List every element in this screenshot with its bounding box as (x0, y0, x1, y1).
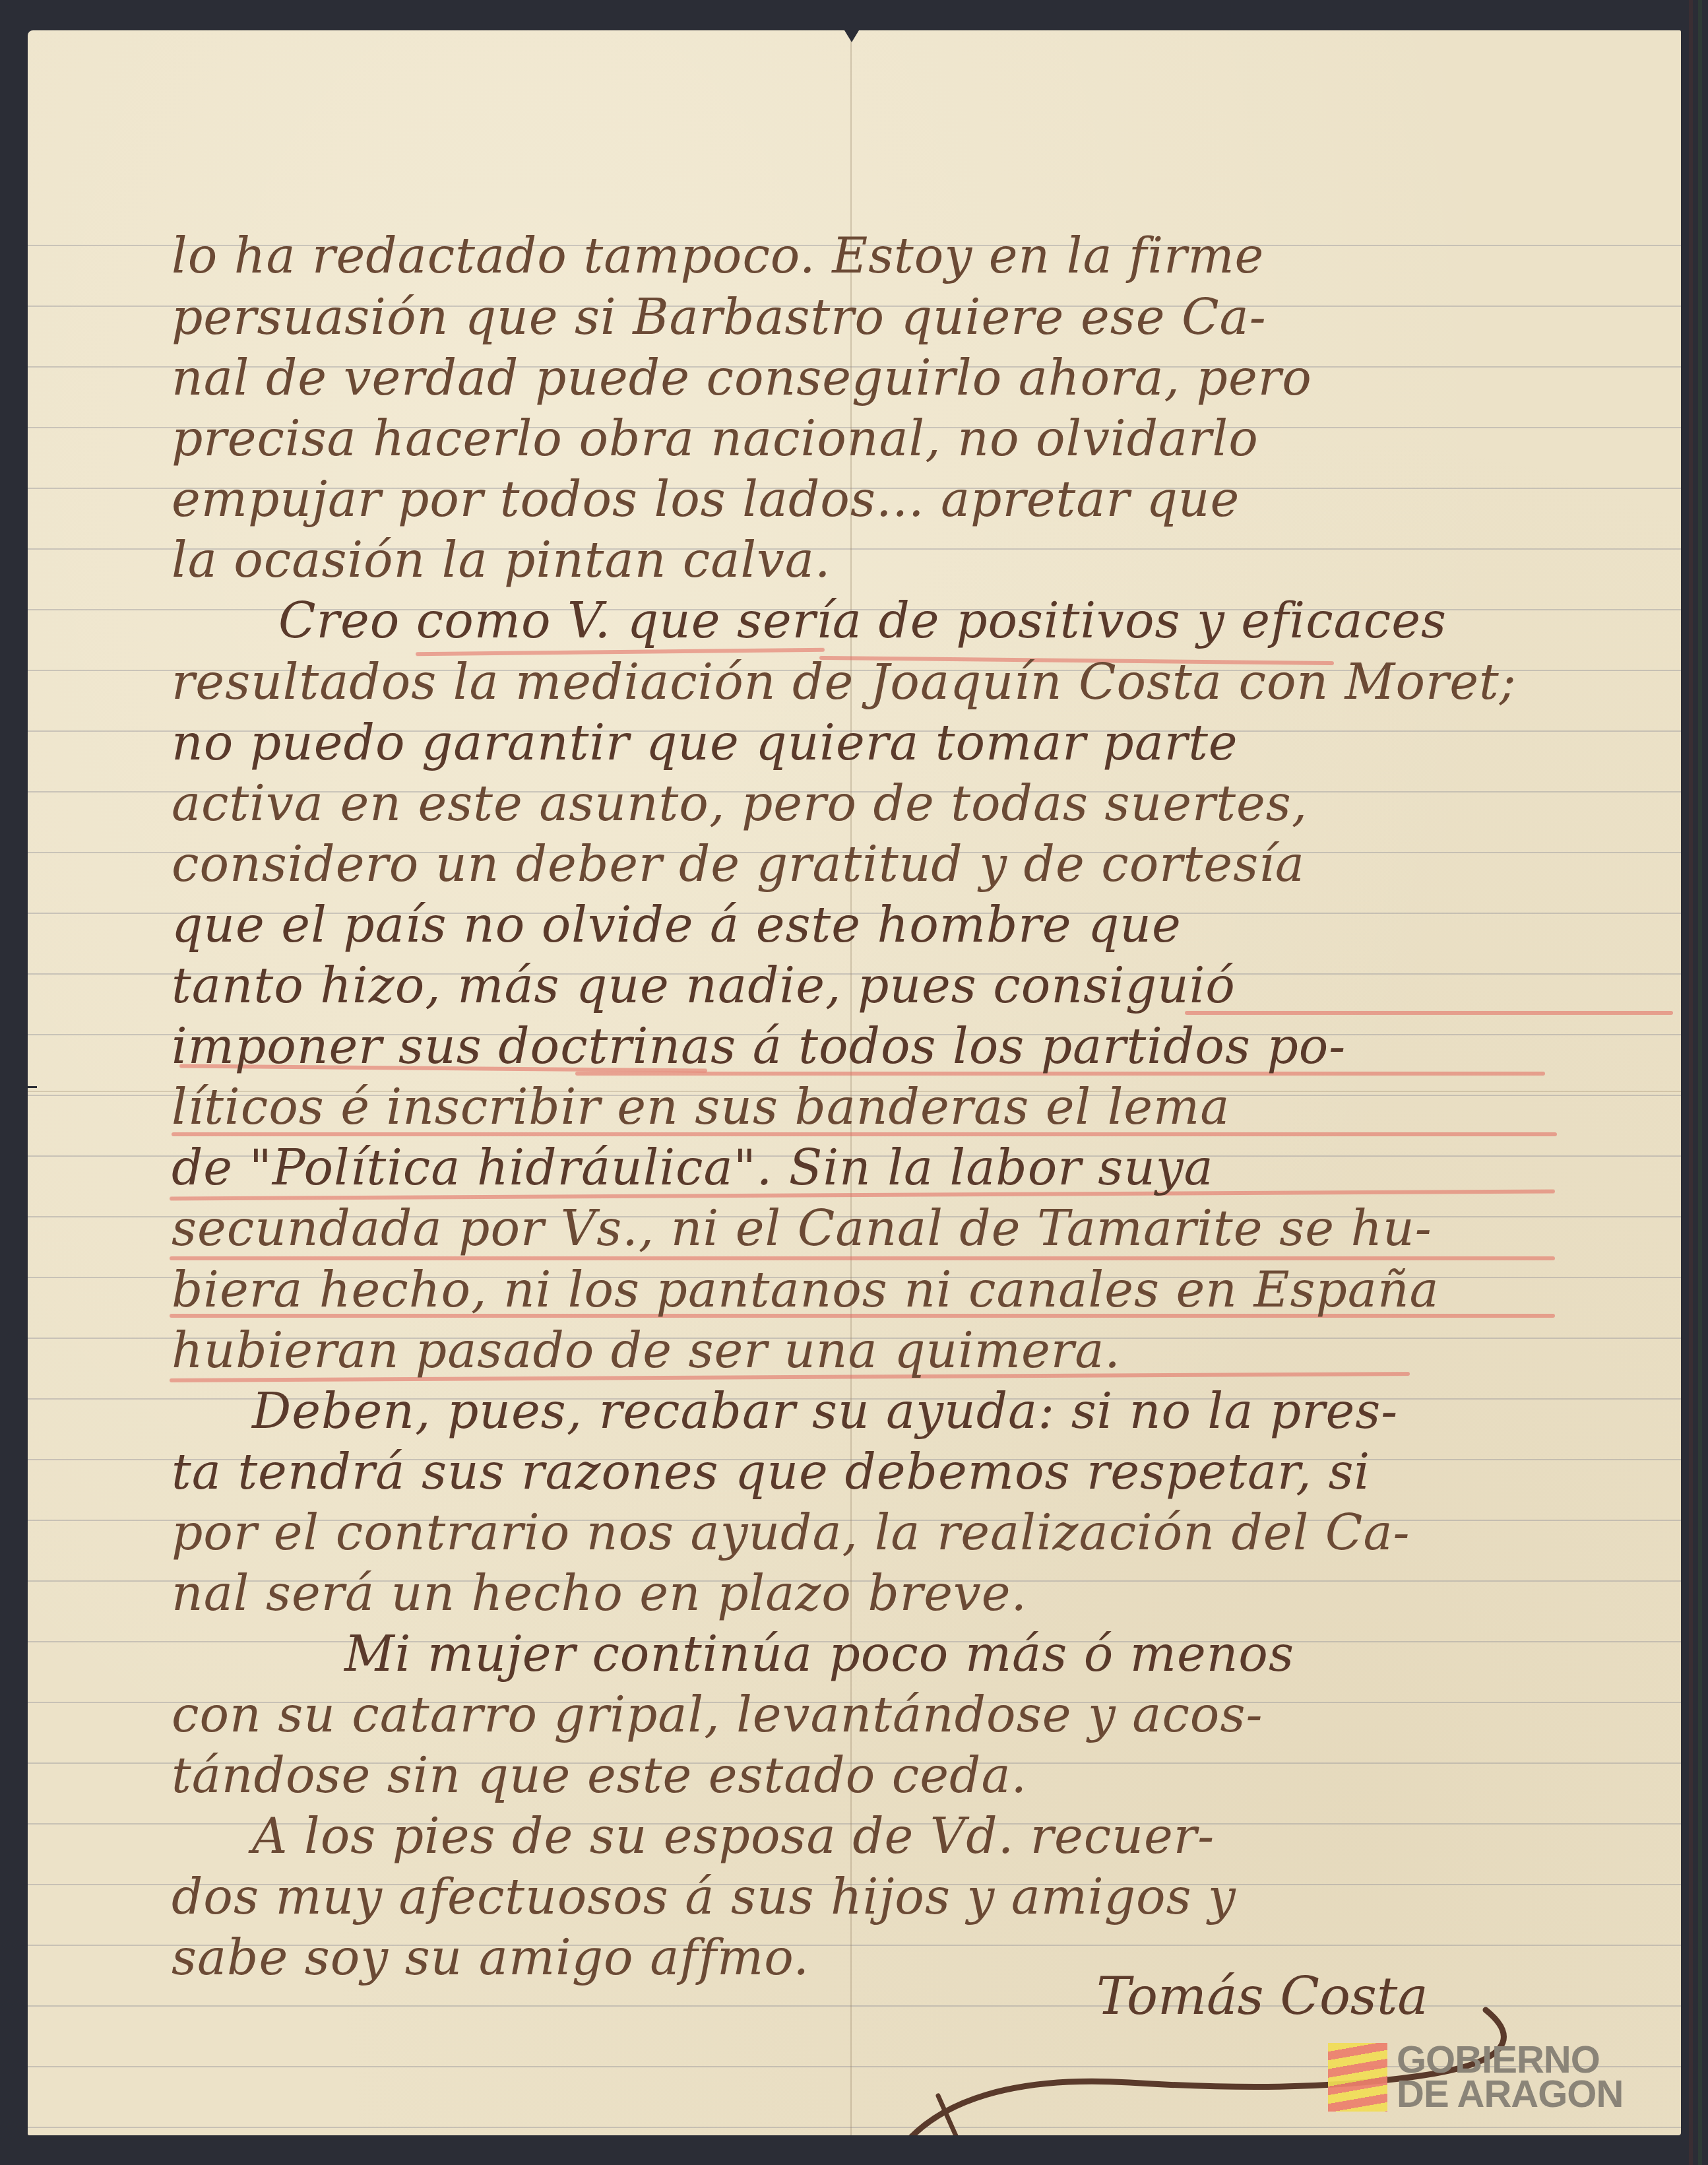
letter-line: dos muy afectuosos á sus hijos y amigos … (172, 1873, 1236, 1922)
backdrop-edge (1689, 0, 1693, 2165)
letter-line: líticos é inscribir en sus banderas el l… (172, 1083, 1230, 1132)
logo-text: GOBIERNO DE ARAGON (1397, 2043, 1623, 2112)
letter-line: activa en este asunto, pero de todas sue… (172, 779, 1308, 828)
letter-line: que el país no olvide á este hombre que (172, 901, 1182, 950)
letter-line: persuasión que si Barbastro quiere ese C… (172, 293, 1267, 342)
letter-line: resultados la mediación de Joaquín Costa… (172, 658, 1517, 707)
letter-line: A los pies de su esposa de Vd. recuer- (252, 1812, 1215, 1861)
letter-line: imponer sus doctrinas á todos los partid… (172, 1022, 1346, 1071)
backdrop-edge (1698, 0, 1702, 2165)
letter-line: de "Política hidráulica". Sin la labor s… (172, 1144, 1214, 1192)
letter-line: tándose sin que este estado ceda. (172, 1751, 1027, 1800)
letter-sheet: lo ha redactado tampoco. Estoy en la fir… (28, 30, 1681, 2135)
letter-line: secundada por Vs., ni el Canal de Tamari… (172, 1204, 1432, 1253)
letter-line: Deben, pues, recabar su ayuda: si no la … (252, 1387, 1398, 1436)
fold-notch (844, 30, 859, 42)
letter-line: tanto hizo, más que nadie, pues consigui… (172, 961, 1236, 1010)
letter-line: empujar por todos los lados... apretar q… (172, 475, 1240, 524)
letter-line: ta tendrá sus razones que debemos respet… (172, 1448, 1370, 1497)
letter-line: con su catarro gripal, levantándose y ac… (172, 1691, 1263, 1739)
gobierno-aragon-logo: GOBIERNO DE ARAGON (1328, 2043, 1623, 2112)
logo-line-2: DE ARAGON (1397, 2077, 1623, 2112)
aragon-flag-icon (1328, 2043, 1387, 2112)
letter-line: nal de verdad puede conseguirlo ahora, p… (172, 354, 1312, 403)
letter-line: considero un deber de gratitud y de cort… (172, 840, 1305, 889)
letter-line: Creo como V. que sería de positivos y ef… (278, 597, 1447, 645)
letter-line: precisa hacerlo obra nacional, no olvida… (172, 414, 1259, 463)
letter-line: Mi mujer continúa poco más ó menos (344, 1630, 1294, 1679)
letter-line: la ocasión la pintan calva. (172, 536, 831, 585)
letter-line: lo ha redactado tampoco. Estoy en la fir… (172, 232, 1264, 280)
letter-line: por el contrario nos ayuda, la realizaci… (172, 1508, 1410, 1557)
fold-notch (28, 1086, 37, 1088)
letter-line: sabe soy su amigo affmo. (172, 1933, 809, 1982)
letter-line: nal será un hecho en plazo breve. (172, 1569, 1027, 1618)
letter-line: hubieran pasado de ser una quimera. (172, 1326, 1121, 1375)
red-underline (1185, 1011, 1673, 1015)
letter-line: biera hecho, ni los pantanos ni canales … (172, 1266, 1439, 1314)
letter-line: no puedo garantir que quiera tomar parte (172, 719, 1238, 767)
